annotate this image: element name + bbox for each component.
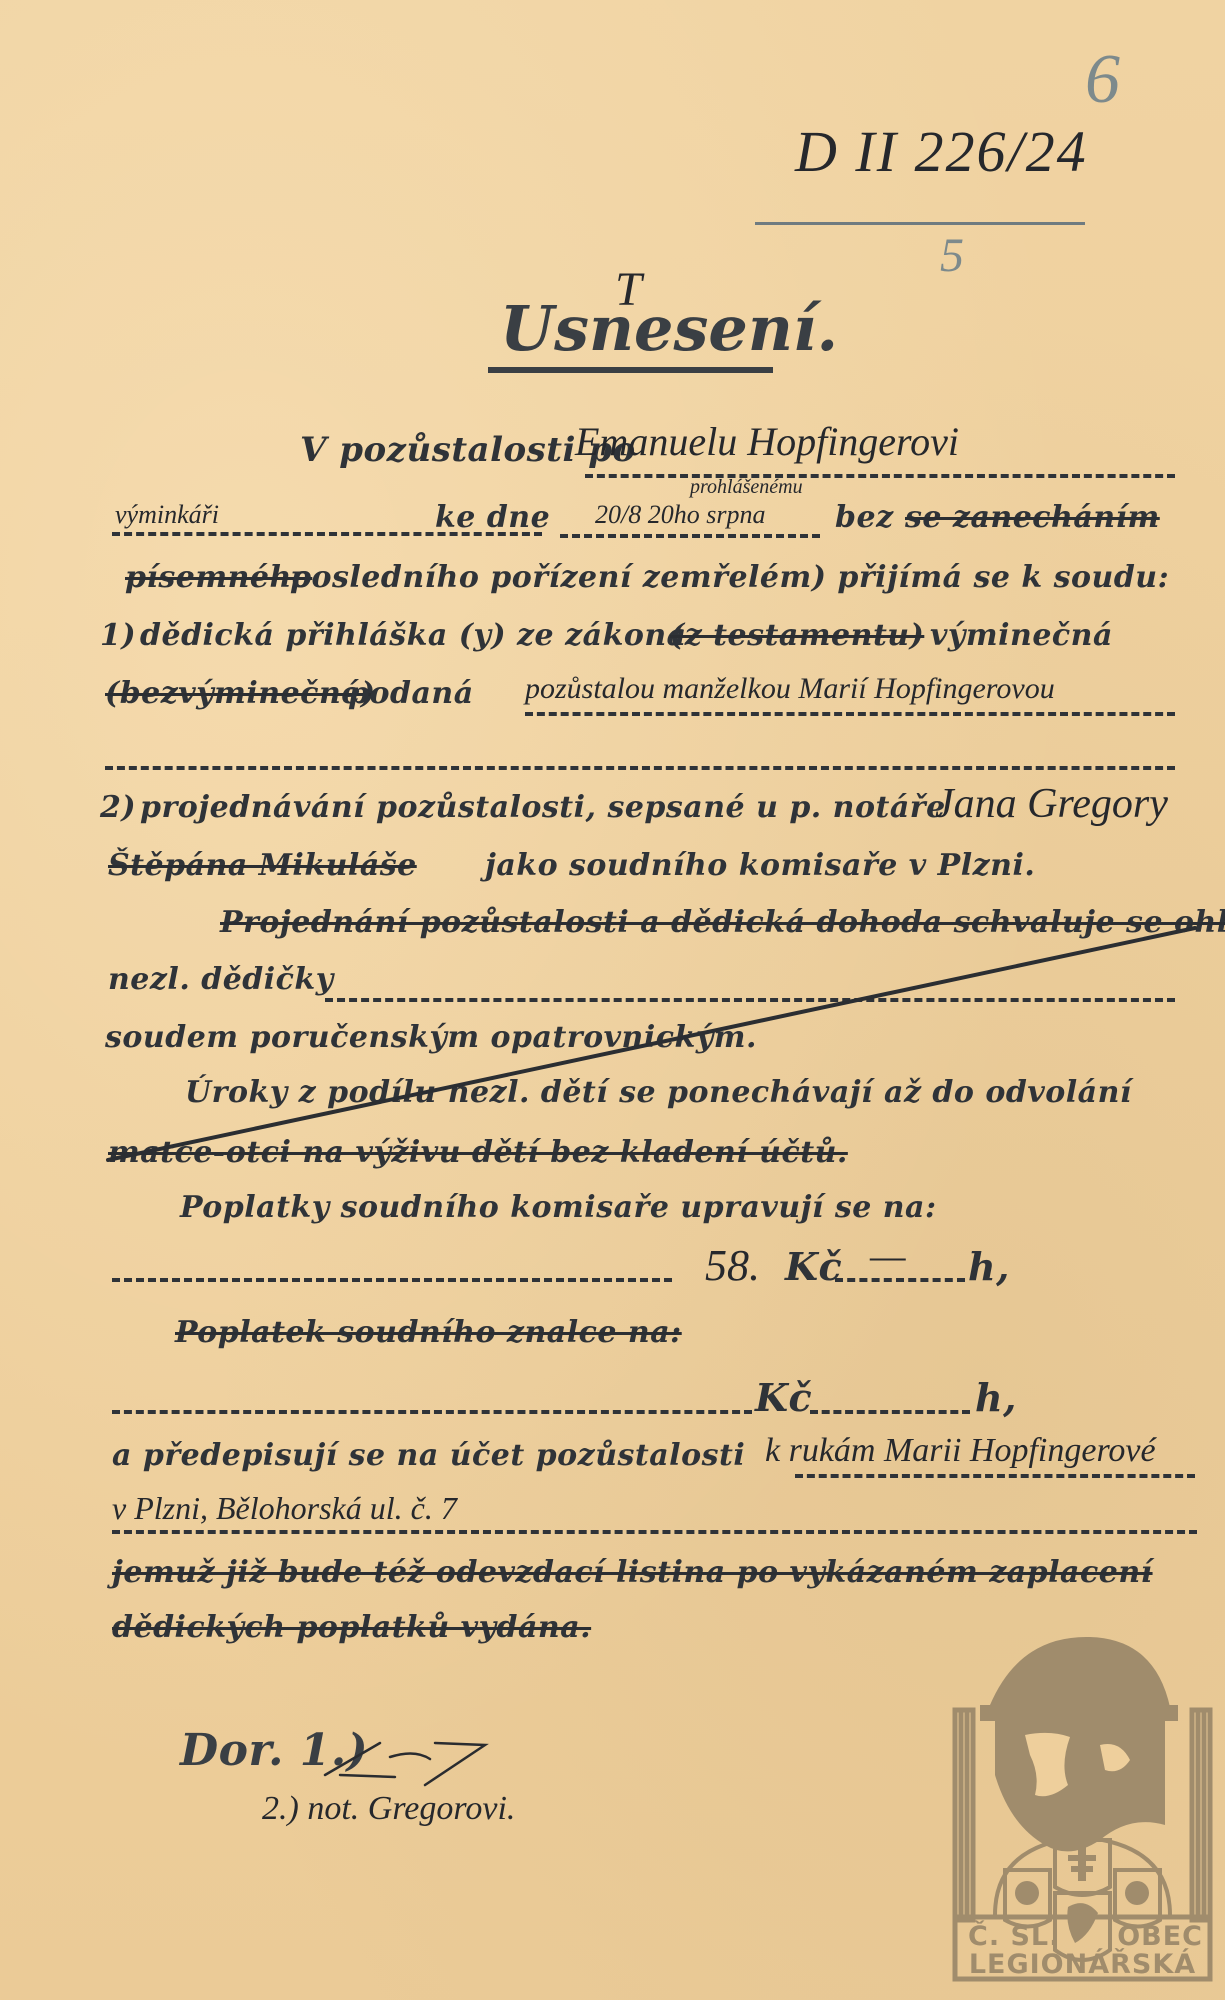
file-number-underline xyxy=(755,222,1085,225)
struck-final-line-1: jemuž již bude též odevzdací listina po … xyxy=(112,1555,1153,1590)
struck-phrase: písemného xyxy=(125,560,312,595)
recipient-address: v Plzni, Bělohorská ul. č. 7 xyxy=(112,1490,457,1527)
prescribe-recipient: k rukám Marii Hopfingerové xyxy=(765,1432,1156,1470)
struck-name: Štěpána Mikuláše xyxy=(108,848,417,883)
struck-testament: (z testamentu) xyxy=(670,618,924,653)
dotted-line xyxy=(525,712,1175,716)
dotted-line xyxy=(795,1474,1195,1478)
delivery-item-2: 2.) not. Gregorovi. xyxy=(262,1790,515,1828)
struck-unconditional: (bezvýminečné) xyxy=(105,676,376,711)
fee-1-currency: Kč xyxy=(785,1244,842,1289)
filer-name: pozůstalou manželkou Marií Hopfingerovou xyxy=(525,672,1055,706)
intro-continuation: posledního pořízení zemřelém) přijímá se… xyxy=(290,560,1169,595)
struck-phrase: se zanecháním xyxy=(905,500,1160,535)
dotted-line xyxy=(105,766,1175,770)
date-prefix: ke dne xyxy=(435,500,550,535)
fee-2-subunit: h, xyxy=(975,1375,1017,1420)
dotted-line xyxy=(560,534,820,538)
legionnaire-stamp: Č. SL. OBEC LEGIONÁŘSKÁ xyxy=(950,1625,1215,1985)
delivery-handwritten-mark xyxy=(320,1735,490,1795)
diagonal-strike-line xyxy=(100,920,1200,1170)
item-1-filed: podaná xyxy=(348,676,474,711)
stamp-text-left: Č. SL. xyxy=(968,1921,1060,1952)
fee-2-currency: Kč xyxy=(755,1375,812,1420)
fee-1-subunit: h, xyxy=(968,1244,1010,1289)
item-1-number: 1) xyxy=(100,618,136,653)
page-number-mark: 6 xyxy=(1085,40,1120,120)
fee-1-dash: — xyxy=(870,1232,906,1279)
item-2-number: 2) xyxy=(100,790,136,825)
dotted-line xyxy=(835,1278,965,1282)
dotted-line xyxy=(112,1530,1197,1534)
bez-label: bez xyxy=(835,500,894,535)
item-2-commissioner: jako soudního komisaře v Plzni. xyxy=(485,848,1035,883)
occupation: výminkáři xyxy=(115,500,219,530)
dotted-line xyxy=(112,1278,672,1282)
fees-heading: Poplatky soudního komisaře upravují se n… xyxy=(180,1190,937,1225)
dotted-line xyxy=(585,474,1175,478)
deceased-name: Emanuelu Hopfingerovi xyxy=(575,418,959,465)
dotted-line xyxy=(810,1410,970,1414)
document-title: Usnesení. xyxy=(500,292,838,365)
item-1-conditional: výminečná xyxy=(930,618,1113,653)
title-underline xyxy=(488,367,773,373)
fee-1-amount: 58. xyxy=(705,1240,760,1291)
stamp-text-bottom: LEGIONÁŘSKÁ xyxy=(950,1949,1215,1980)
notary-name: Jana Gregory xyxy=(935,780,1168,828)
dotted-line xyxy=(112,1410,752,1414)
pencil-mark-5: 5 xyxy=(940,228,964,283)
date-value: 20/8 20ho srpna xyxy=(595,500,765,530)
struck-expert-fee: Poplatek soudního znalce na: xyxy=(175,1315,682,1350)
prescribe-text: a předepisují se na účet pozůstalosti xyxy=(112,1438,745,1473)
insertion-above: prohlášenému xyxy=(690,476,803,499)
item-1-text: dědická přihláška (y) ze zákona xyxy=(140,618,687,653)
file-number: D II 226/24 xyxy=(795,118,1088,185)
stamp-text-right: OBEC xyxy=(1117,1921,1203,1952)
item-2-text: projednávání pozůstalosti, sepsané u p. … xyxy=(140,790,946,825)
struck-final-line-2: dědických poplatků vydána. xyxy=(112,1610,591,1645)
